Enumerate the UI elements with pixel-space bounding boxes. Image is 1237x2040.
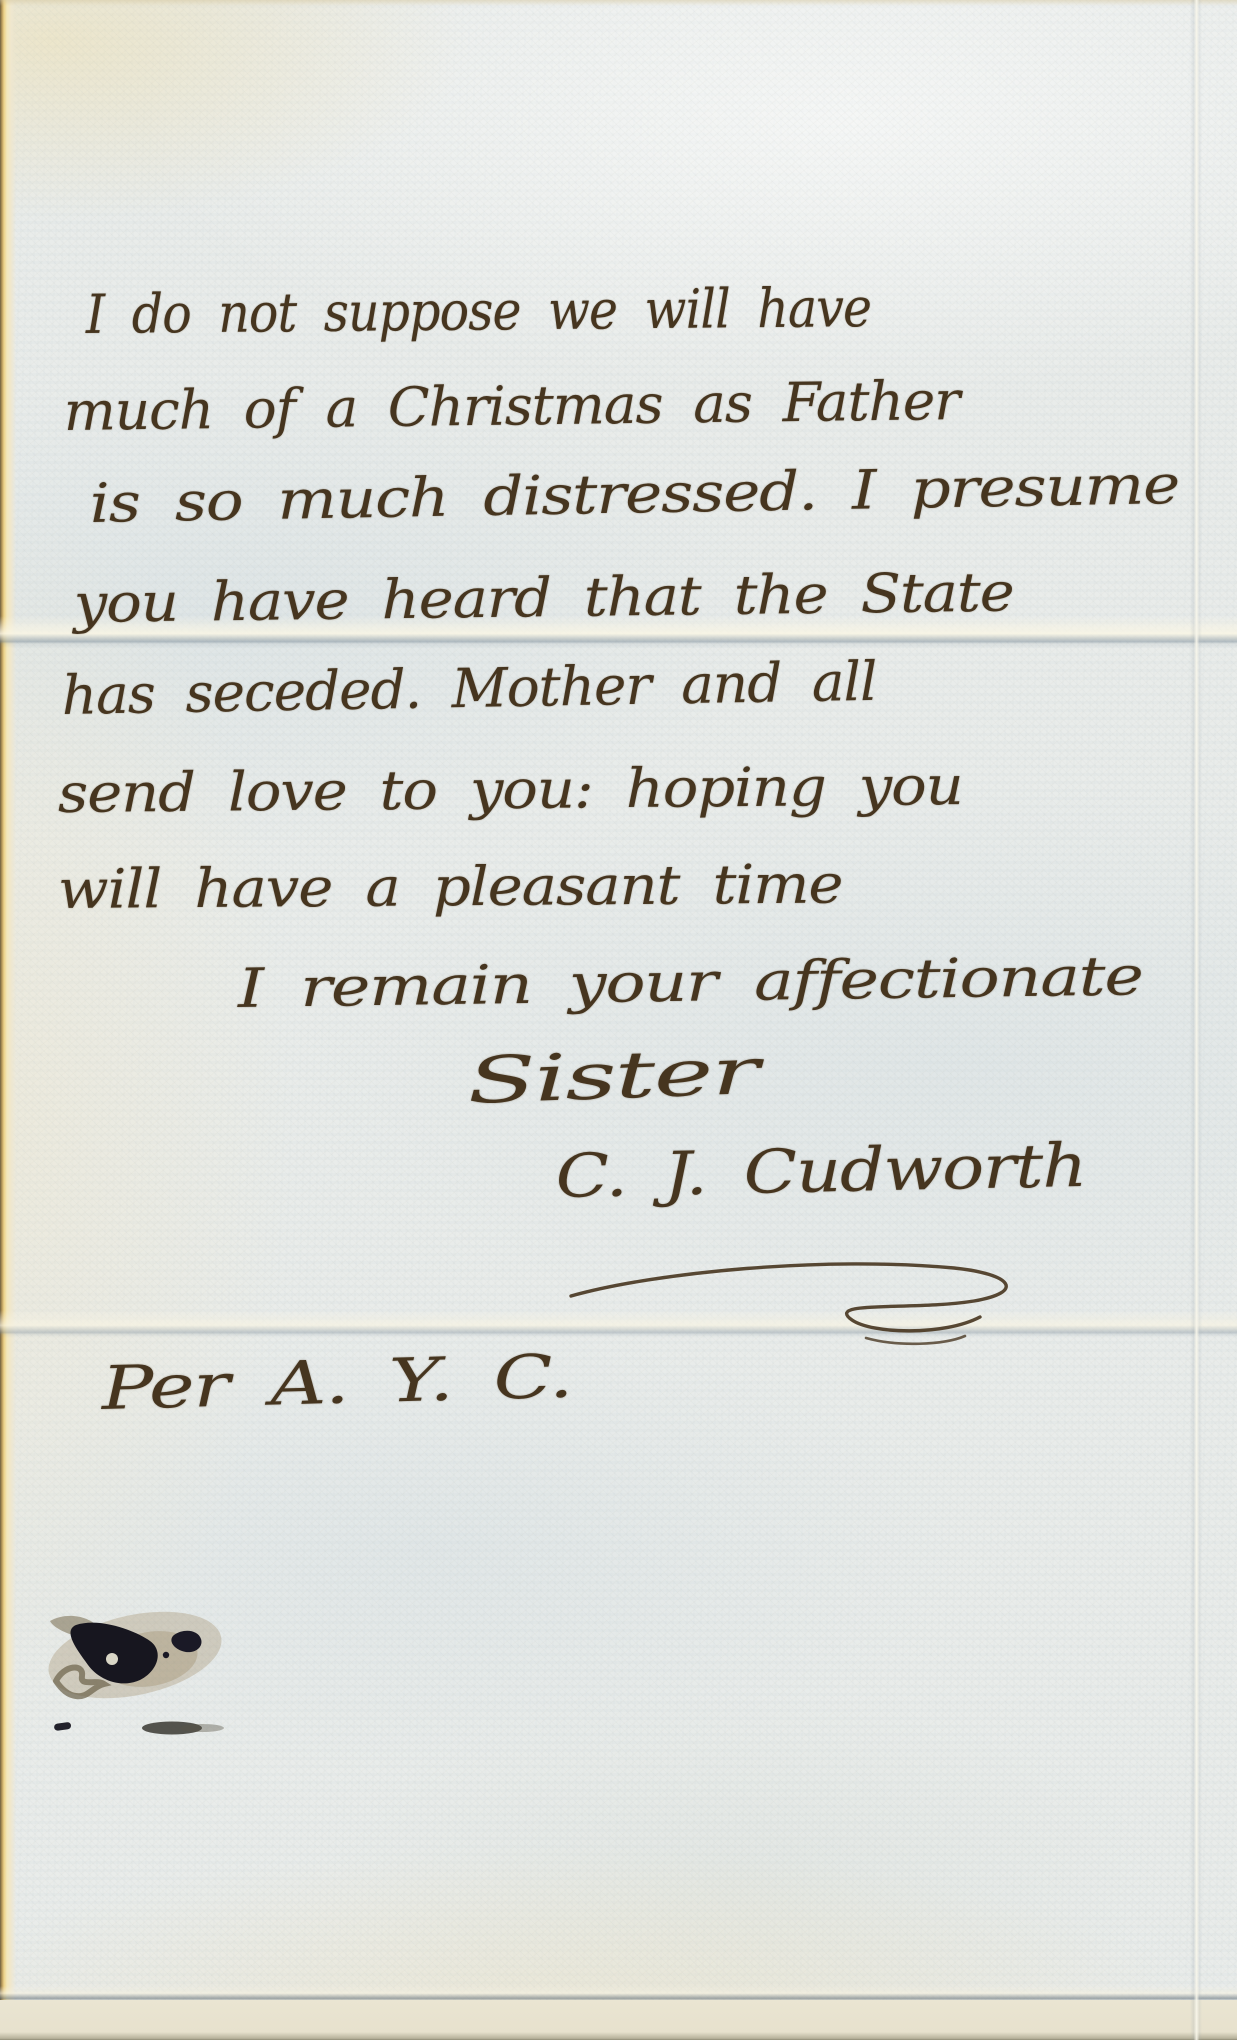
ink-blot [40, 1595, 260, 1755]
ink-blot-smear-tail [180, 1724, 224, 1732]
letter-line-7: will have a pleasant time [58, 851, 843, 924]
closing-word: Sister [466, 1032, 759, 1122]
ink-blot-dash [54, 1722, 72, 1731]
bottom-edge-band [0, 2000, 1237, 2040]
top-edge-shade [0, 0, 1237, 6]
letter-line-3: is so much distressed. I presume [89, 451, 1179, 538]
ink-blot-dot [163, 1652, 169, 1658]
fold-crease-vertical [1190, 0, 1202, 2040]
letter-line-4: you have heard that the State [73, 559, 1014, 638]
postscript: Per A. Y. C. [101, 1340, 573, 1427]
letter-line-5: has seceded. Mother and all [61, 648, 877, 730]
letter-line-6: send love to you: hoping you [58, 752, 963, 827]
letter-line-2: much of a Christmas as Father [63, 367, 959, 445]
closing-line: I remain your affectionate [237, 942, 1143, 1022]
signature: C. J. Cudworth [555, 1129, 1087, 1215]
ink-blot-paper-hole [106, 1653, 118, 1665]
letter-page: I do not suppose we will have much of a … [0, 0, 1237, 2040]
letter-line-1: I do not suppose we will have [86, 274, 872, 348]
gilt-left-edge [0, 0, 16, 2040]
signature-flourish [566, 1242, 1046, 1346]
